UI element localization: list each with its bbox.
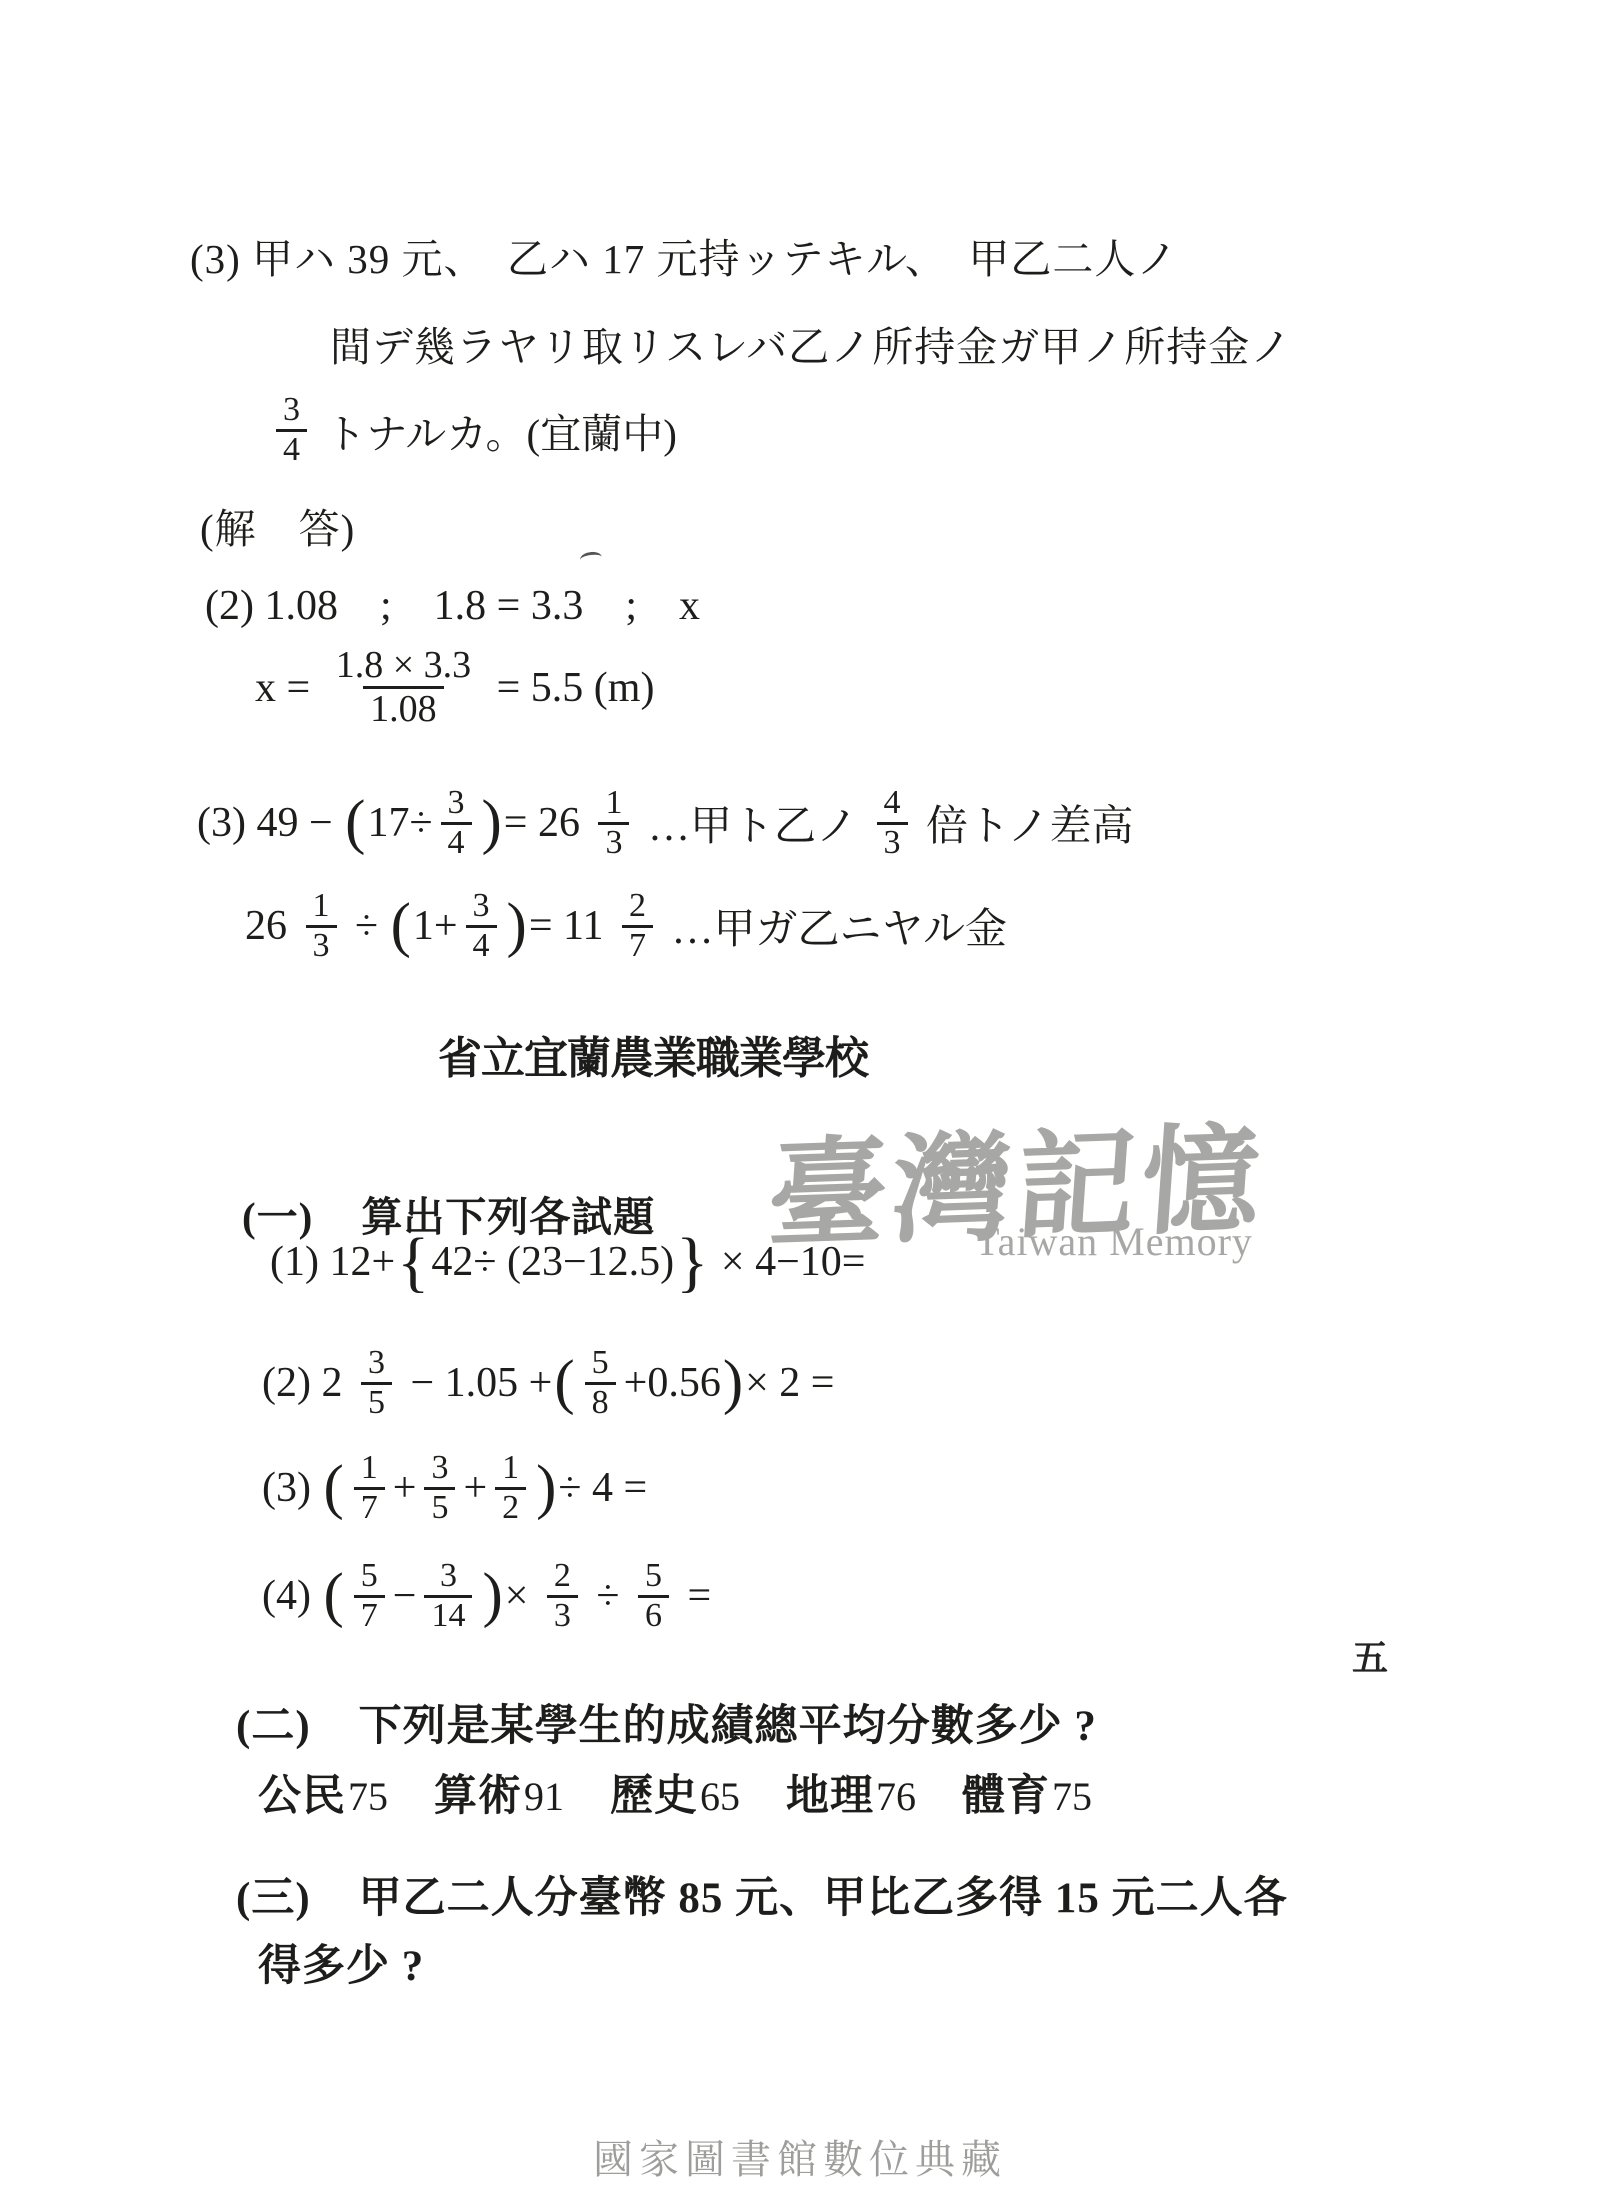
fraction-numerator: 3: [361, 1345, 392, 1382]
grade-score: 65: [700, 1774, 740, 1819]
grade-item: 體育75: [962, 1762, 1092, 1823]
equation-text: 42÷ (23−12.5): [431, 1238, 674, 1286]
grade-subject: 公民: [258, 1773, 346, 1820]
fraction-denominator: 3: [598, 822, 629, 862]
grade-item: 歷史65: [610, 1762, 740, 1823]
equation-text: = 11: [529, 902, 614, 950]
equation-text: 17÷: [367, 799, 432, 847]
school-title: 省立宜蘭農業職業學校: [438, 1022, 868, 1086]
fraction-numerator: 1: [598, 785, 629, 822]
fraction: 34: [441, 785, 472, 861]
grade-score: 76: [876, 1774, 916, 1819]
equation-text: × 4−10=: [710, 1238, 865, 1286]
fraction: 35: [361, 1345, 392, 1421]
part3-header: (三)甲乙二人分臺幣 85 元、甲比乙多得 15 元二人各: [212, 1846, 1288, 1943]
folio-page-number: 五: [1352, 1630, 1388, 1681]
fraction-denominator: 8: [585, 1382, 616, 1422]
fraction-denominator: 6: [638, 1595, 669, 1635]
fraction-denominator: 7: [622, 925, 653, 965]
equation-text: (4): [262, 1572, 321, 1620]
answer-3-line-1: (3) 49 − (17÷34)= 26 13 …甲ト乙ノ 43 倍トノ差高: [197, 785, 1133, 861]
fraction-numerator: 3: [424, 1450, 455, 1487]
grade-subject: 體育: [962, 1773, 1050, 1820]
grades-list: 公民75算術91歷史65地理76體育75: [258, 1762, 1138, 1823]
fraction: 34: [466, 888, 497, 964]
equation-text: ÷: [345, 902, 389, 950]
fraction-numerator: 3: [441, 785, 472, 822]
part3-label: (三): [236, 1864, 311, 1925]
equation-text: +: [393, 1464, 417, 1512]
fraction-numerator: 3: [466, 888, 497, 925]
problem-3-line-3: 34 トナルカ。(宜蘭中): [268, 392, 677, 468]
question-1-3: (3) (17+35+12)÷ 4 =: [262, 1450, 647, 1526]
grade-item: 地理76: [786, 1762, 916, 1823]
equation-text: トナルカ。(宜蘭中): [315, 401, 677, 460]
fraction-denominator: 3: [547, 1595, 578, 1635]
problem-3-line-1: (3) 甲ハ 39 元、 乙ハ 17 元持ッテキル、 甲乙二人ノ: [190, 226, 1178, 285]
grade-subject: 歷史: [610, 1773, 698, 1820]
fraction-denominator: 3: [306, 925, 337, 965]
equation-text: 倍トノ差高: [916, 793, 1134, 853]
equation-text: ×: [505, 1572, 539, 1620]
fraction: 58: [585, 1345, 616, 1421]
equation-text: ÷ 4 =: [558, 1464, 647, 1512]
fraction: 1.8 × 3.31.08: [329, 645, 478, 730]
answer-3-line-2: 26 13 ÷ (1+34)= 11 27 …甲ガ乙ニヤル金: [245, 888, 1007, 964]
question-1-1: (1) 12+{42÷ (23−12.5)} × 4−10=: [270, 1238, 865, 1286]
fraction-denominator: 7: [354, 1595, 385, 1635]
problem-3-line-2: 間デ幾ラヤリ取リスレバ乙ノ所持金ガ甲ノ所持金ノ: [330, 314, 1292, 373]
equation-text: = 5.5 (m): [486, 664, 654, 712]
question-1-2: (2) 2 35 − 1.05 +(58+0.56)× 2 =: [262, 1345, 834, 1421]
part2-header: (二)下列是某學生的成績總平均分數多少 ?: [212, 1674, 1097, 1771]
fraction: 23: [547, 1558, 578, 1634]
fraction-numerator: 5: [585, 1345, 616, 1382]
grade-score: 75: [1052, 1774, 1092, 1819]
equation-text: 1+: [413, 902, 458, 950]
part2-heading: 下列是某學生的成績總平均分數多少 ?: [359, 1703, 1097, 1750]
fraction-numerator: 1: [306, 888, 337, 925]
equation-text: (3): [262, 1464, 321, 1512]
part1-label: (一): [242, 1184, 313, 1243]
fraction: 43: [877, 785, 908, 861]
equation-text: 26: [245, 902, 298, 950]
grade-item: 算術91: [434, 1762, 564, 1823]
fraction-denominator: 4: [466, 925, 497, 965]
fraction-denominator: 5: [424, 1487, 455, 1527]
fraction-numerator: 1: [495, 1450, 526, 1487]
fraction-denominator: 3: [877, 822, 908, 862]
fraction: 13: [598, 785, 629, 861]
grade-item: 公民75: [258, 1762, 388, 1823]
fraction: 56: [638, 1558, 669, 1634]
equation-text: x =: [255, 664, 321, 712]
equation-text: (2) 2: [262, 1359, 353, 1407]
grade-subject: 算術: [434, 1773, 522, 1820]
fraction-numerator: 3: [276, 392, 307, 429]
answer-2-ratio: (2) 1.08 ; 1.8 = 3.3 ; x: [205, 572, 700, 632]
fraction: 17: [354, 1450, 385, 1526]
fraction-numerator: 1.8 × 3.3: [329, 645, 478, 686]
fraction-denominator: 7: [354, 1487, 385, 1527]
equation-text: −: [393, 1572, 417, 1620]
fraction-denominator: 4: [441, 822, 472, 862]
equation-text: ÷: [586, 1572, 630, 1620]
fraction-denominator: 14: [424, 1595, 472, 1635]
part2-label: (二): [236, 1692, 311, 1753]
fraction-numerator: 2: [547, 1558, 578, 1595]
fraction-numerator: 4: [877, 785, 908, 822]
grade-score: 91: [524, 1774, 564, 1819]
fraction: 27: [622, 888, 653, 964]
fraction-numerator: 5: [638, 1558, 669, 1595]
ink-smudge: [579, 551, 603, 567]
part3-line-1: 甲乙二人分臺幣 85 元、甲比乙多得 15 元二人各: [359, 1875, 1288, 1922]
scanned-document-page: 臺灣記憶 Taiwan Memory (3) 甲ハ 39 元、 乙ハ 17 元持…: [0, 0, 1600, 2200]
fraction: 57: [354, 1558, 385, 1634]
fraction-numerator: 3: [433, 1558, 464, 1595]
equation-text: − 1.05 +: [400, 1359, 552, 1407]
library-footer: 國家圖書館數位典藏: [0, 2128, 1600, 2185]
equation-text: =: [677, 1572, 711, 1620]
fraction: 34: [276, 392, 307, 468]
fraction: 12: [495, 1450, 526, 1526]
fraction-denominator: 5: [361, 1382, 392, 1422]
equation-text: = 26: [504, 799, 591, 847]
equation-text: × 2 =: [745, 1359, 834, 1407]
taiwan-memory-watermark-latin: Taiwan Memory: [975, 1218, 1253, 1265]
grade-score: 75: [348, 1774, 388, 1819]
fraction-denominator: 4: [276, 429, 307, 469]
answer-2-formula: x = 1.8 × 3.31.08 = 5.5 (m): [255, 645, 654, 730]
fraction: 35: [424, 1450, 455, 1526]
fraction: 13: [306, 888, 337, 964]
fraction-denominator: 2: [495, 1487, 526, 1527]
part3-line-2: 得多少 ?: [258, 1932, 424, 1993]
equation-text: …甲ガ乙ニヤル金: [661, 896, 1007, 956]
equation-text: (1) 12+: [270, 1238, 395, 1286]
answers-header: (解 答): [200, 496, 355, 555]
equation-text: +0.56: [624, 1359, 721, 1407]
fraction-denominator: 1.08: [363, 686, 444, 730]
grade-subject: 地理: [786, 1773, 874, 1820]
fraction: 314: [424, 1558, 472, 1634]
fraction-numerator: 2: [622, 888, 653, 925]
fraction-numerator: 1: [354, 1450, 385, 1487]
equation-text: +: [463, 1464, 487, 1512]
equation-text: (3) 49 −: [197, 799, 343, 847]
question-1-4: (4) (57−314)× 23 ÷ 56 =: [262, 1558, 711, 1634]
equation-text: …甲ト乙ノ: [637, 793, 868, 853]
fraction-numerator: 5: [354, 1558, 385, 1595]
